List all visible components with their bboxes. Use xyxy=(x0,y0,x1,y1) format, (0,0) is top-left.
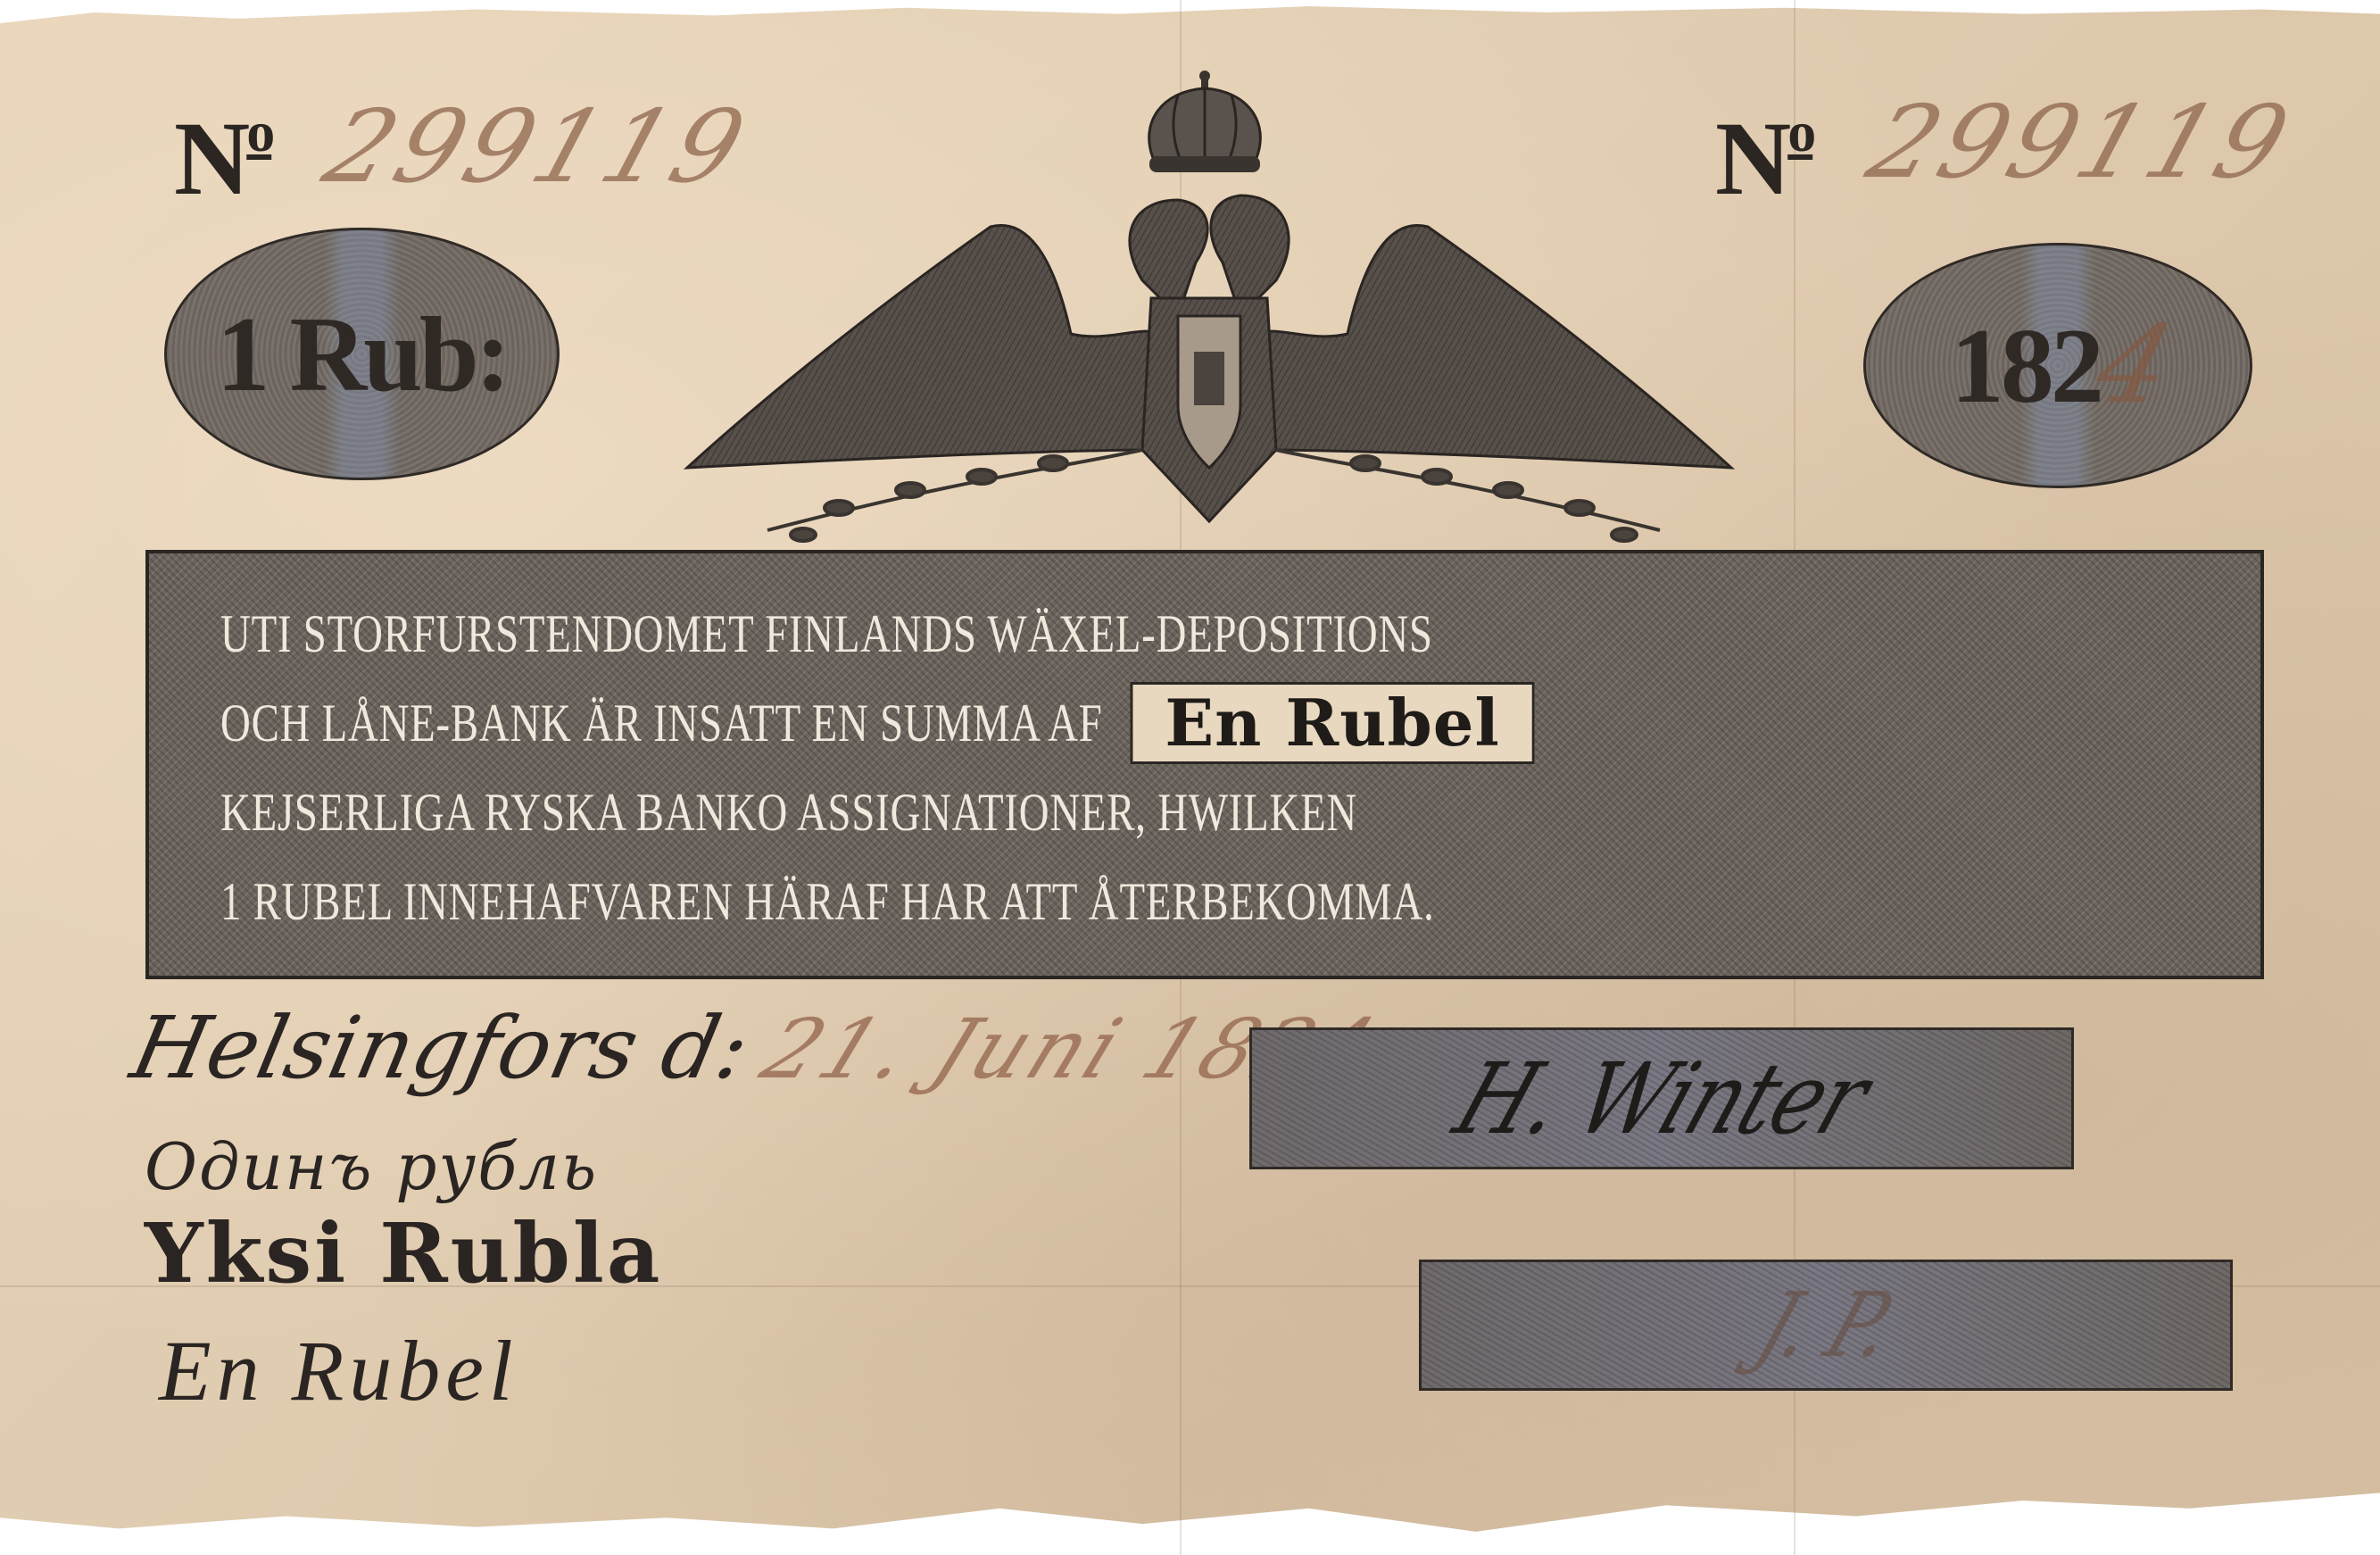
denomination-oval-left: 1 Rub: xyxy=(164,228,560,480)
place-label: Helsingfors d: xyxy=(123,998,758,1098)
panel-line-2-text: OCH LÅNE-BANK ÄR INSATT EN SUMMA AF xyxy=(220,678,1103,768)
denomination-russian: Одинъ рубль xyxy=(145,1129,598,1204)
oval-left-text: 1 Rub: xyxy=(216,293,507,416)
place-date: Helsingfors d: 21. Juni 1824 xyxy=(134,998,1372,1114)
panel-line-2: OCH LÅNE-BANK ÄR INSATT EN SUMMA AF En R… xyxy=(220,678,1762,768)
oval-right-printed: 182 xyxy=(1951,304,2101,428)
text-panel: UTI STORFURSTENDOMET FINLANDS WÄXEL-DEPO… xyxy=(145,550,2264,979)
denomination-finnish: Yksi Rubla xyxy=(145,1205,662,1301)
serial-prefix-left: No xyxy=(174,98,271,220)
year-oval-right: 1824 xyxy=(1863,243,2252,488)
crown-icon xyxy=(1135,69,1274,176)
signature-box-2: J. P. xyxy=(1419,1260,2233,1391)
panel-line-3: KEJSERLIGA RYSKA BANKO ASSIGNATIONER, HW… xyxy=(220,768,1762,857)
panel-line-4: 1 RUBEL INNEHAFVAREN HÄRAF HAR ATT ÅTERB… xyxy=(220,857,1762,946)
signature-2: J. P. xyxy=(1745,1273,1908,1377)
denomination-swedish: En Rubel xyxy=(159,1321,518,1420)
amount-box: En Rubel xyxy=(1131,682,1535,764)
signature-box-1: H. Winter xyxy=(1249,1027,2074,1169)
panel-line-1: UTI STORFURSTENDOMET FINLANDS WÄXEL-DEPO… xyxy=(220,589,1762,678)
serial-number-right: 299119 xyxy=(1855,85,2307,201)
signature-1: H. Winter xyxy=(1441,1042,1882,1156)
double-headed-eagle-icon xyxy=(678,182,1740,546)
